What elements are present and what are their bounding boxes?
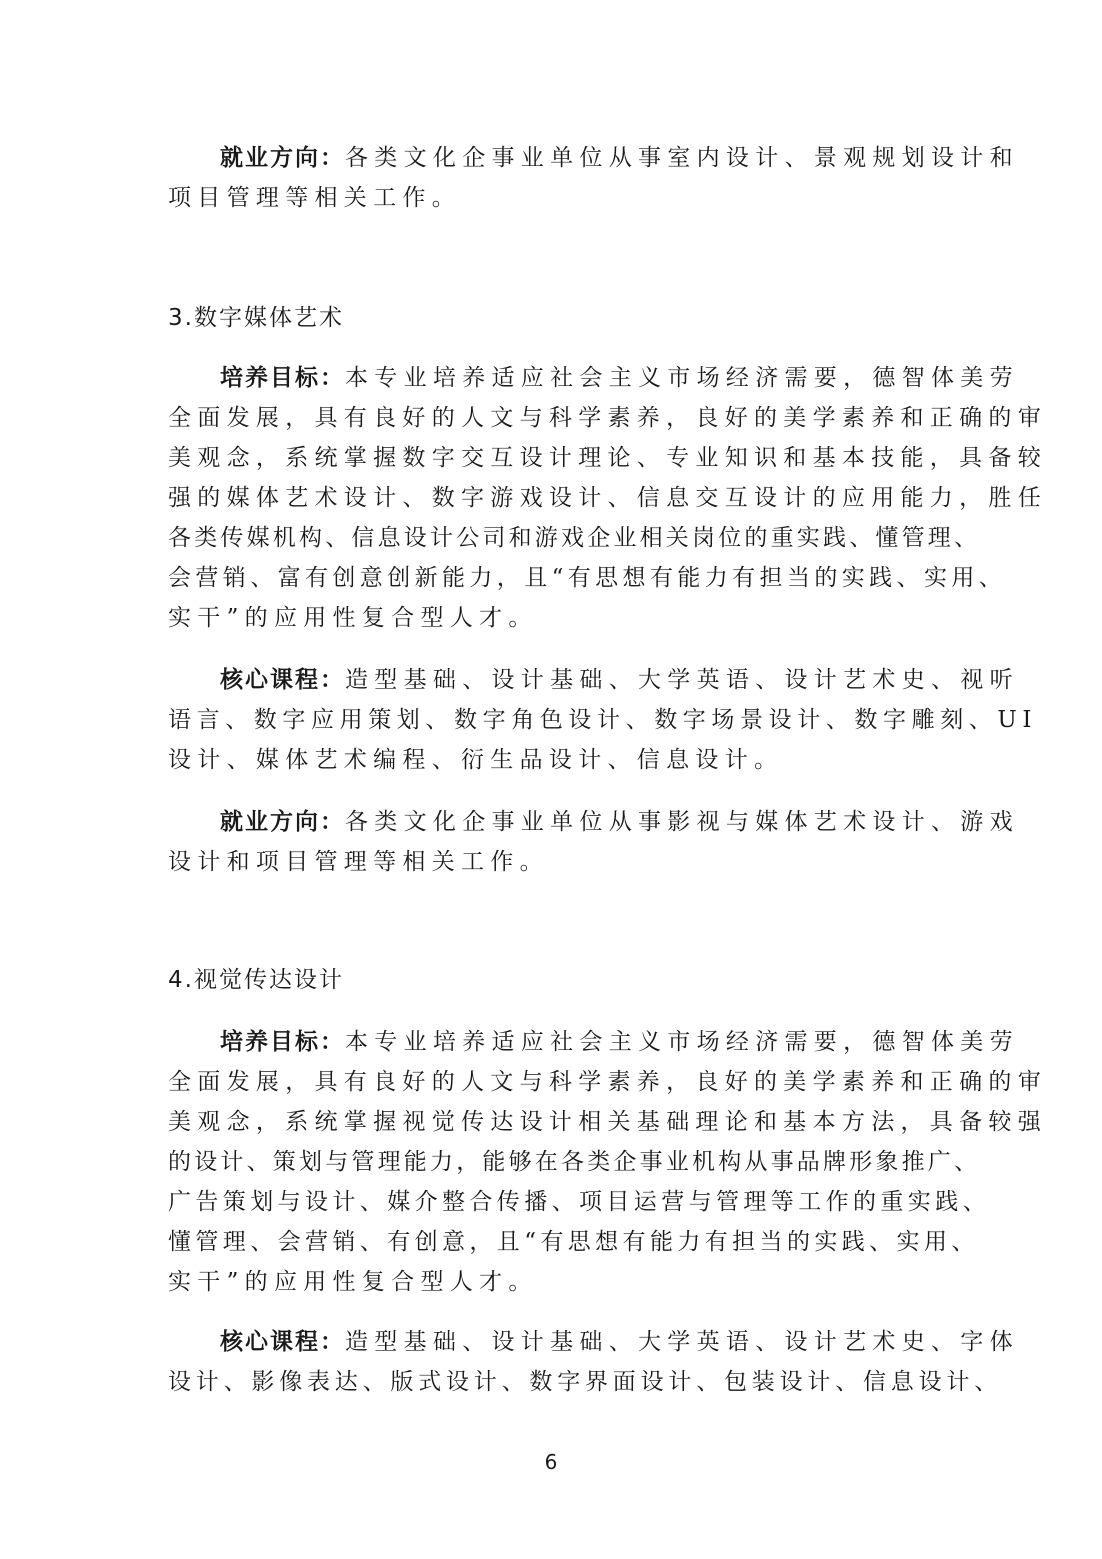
section-heading: 4.视觉传达设计 [168,965,344,995]
objective-paragraph-line: 培养目标：本专业培养适应社会主义市场经济需要，德智体美劳 [220,1027,938,1057]
text-span: 造型基础、设计基础、大学英语、设计艺术史、视听 [345,667,1019,693]
paragraph-label: 培养目标： [220,1028,345,1055]
text-span: 各类文化企事业单位从事影视与媒体艺术设计、游戏 [345,809,1019,835]
employment-paragraph-line: 设计和项目管理等相关工作。 [168,847,938,877]
employment-paragraph-line: 就业方向：各类文化企事业单位从事室内设计、景观规划设计和 [220,143,938,173]
courses-paragraph-line: 语言、数字应用策划、数字角色设计、数字场景设计、数字雕刻、UI [168,705,938,735]
paragraph-label: 培养目标： [220,364,345,391]
document-page: 就业方向：各类文化企事业单位从事室内设计、景观规划设计和 项目管理等相关工作。 … [0,0,1102,1559]
objective-paragraph-line: 美观念，系统掌握视觉传达设计相关基础理论和基本方法，具备较强 [168,1107,938,1137]
text-span: 各类文化企事业单位从事室内设计、景观规划设计和 [345,145,1019,171]
text-span: 造型基础、设计基础、大学英语、设计艺术史、字体 [345,1329,1019,1355]
objective-paragraph-line: 美观念，系统掌握数字交互设计理论、专业知识和基本技能，具备较 [168,443,938,473]
objective-paragraph-line: 强的媒体艺术设计、数字游戏设计、信息交互设计的应用能力，胜任 [168,483,938,513]
paragraph-label: 核心课程： [220,1328,345,1355]
courses-paragraph-line: 设计、媒体艺术编程、衍生品设计、信息设计。 [168,745,938,775]
page-number: 6 [0,1448,1102,1476]
paragraph-label: 核心课程： [220,666,345,693]
objective-paragraph-line: 培养目标：本专业培养适应社会主义市场经济需要，德智体美劳 [220,363,938,393]
objective-paragraph-line: 各类传媒机构、信息设计公司和游戏企业相关岗位的重实践、懂管理、 [168,523,938,553]
objective-paragraph-line: 实干”的应用性复合型人才。 [168,603,938,633]
objective-paragraph-line: 全面发展，具有良好的人文与科学素养，良好的美学素养和正确的审 [168,1067,938,1097]
employment-paragraph-line: 项目管理等相关工作。 [168,183,938,213]
objective-paragraph-line: 会营销、富有创意创新能力，且“有思想有能力有担当的实践、实用、 [168,563,938,593]
text-span: 本专业培养适应社会主义市场经济需要，德智体美劳 [345,365,1019,391]
paragraph-label: 就业方向： [220,808,345,835]
paragraph-label: 就业方向： [220,144,345,171]
objective-paragraph-line: 实干”的应用性复合型人才。 [168,1267,938,1297]
courses-paragraph-line: 设计、影像表达、版式设计、数字界面设计、包装设计、信息设计、 [168,1367,938,1397]
text-span: 本专业培养适应社会主义市场经济需要，德智体美劳 [345,1029,1019,1055]
courses-paragraph-line: 核心课程：造型基础、设计基础、大学英语、设计艺术史、视听 [220,665,938,695]
courses-paragraph-line: 核心课程：造型基础、设计基础、大学英语、设计艺术史、字体 [220,1327,938,1357]
employment-paragraph-line: 就业方向：各类文化企事业单位从事影视与媒体艺术设计、游戏 [220,807,938,837]
objective-paragraph-line: 的设计、策划与管理能力，能够在各类企事业机构从事品牌形象推广、 [168,1147,938,1177]
section-heading: 3.数字媒体艺术 [168,303,344,333]
objective-paragraph-line: 全面发展，具有良好的人文与科学素养，良好的美学素养和正确的审 [168,403,938,433]
objective-paragraph-line: 广告策划与设计、媒介整合传播、项目运营与管理等工作的重实践、 [168,1187,938,1217]
objective-paragraph-line: 懂管理、会营销、有创意，且“有思想有能力有担当的实践、实用、 [168,1227,938,1257]
